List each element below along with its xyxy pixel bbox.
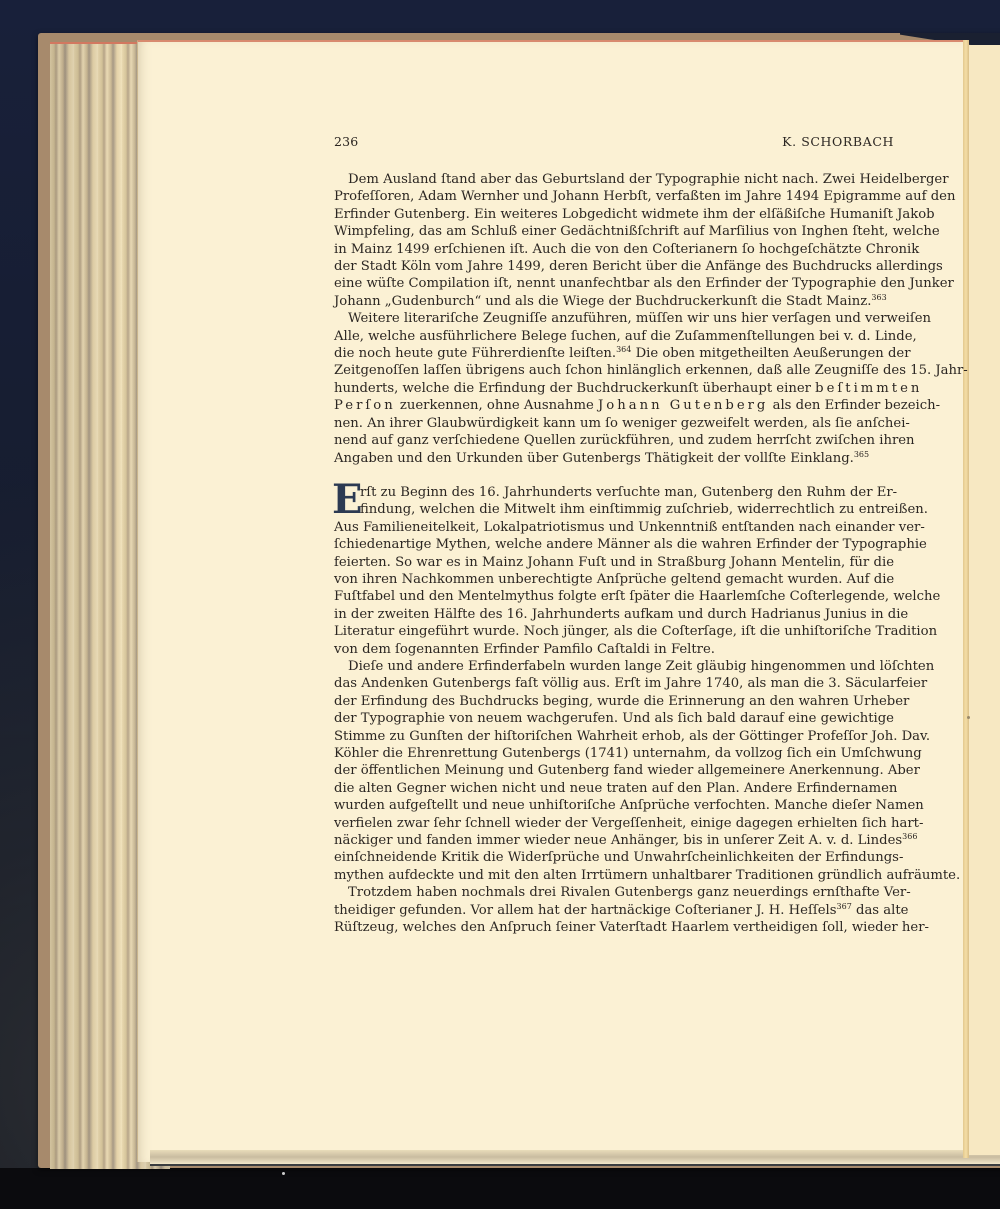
text-line: Stimme zu Gunſten der hiſtoriſchen Wahrh… xyxy=(334,728,894,745)
text-line: der Typographie von neuem wachgerufen. U… xyxy=(334,710,894,727)
text-fragment: zuerkennen, ohne Ausnahme xyxy=(400,398,594,413)
text-line: Johann „Gudenburch“ und als die Wiege de… xyxy=(334,293,894,310)
gutter-speck xyxy=(967,716,970,719)
text-line: näckiger und fanden immer wieder neue An… xyxy=(334,832,894,849)
emphasized-word: Perſon xyxy=(334,398,396,413)
text-line: Zeitgenoſſen laſſen übrigens auch ſchon … xyxy=(334,362,894,379)
text-line: Erſt zu Beginn des 16. Jahrhunderts verſ… xyxy=(334,484,894,501)
paragraph-1: Dem Ausland ſtand aber das Geburtsland d… xyxy=(334,171,894,310)
text-fragment: als den Erfinder bezeich- xyxy=(773,398,940,413)
running-head-author: K. SCHORBACH xyxy=(782,133,894,150)
text-line: Wimpfeling, das am Schluß einer Gedächtn… xyxy=(334,223,894,240)
text-line: der Erfindung des Buchdrucks beging, wur… xyxy=(334,693,894,710)
text-line: ſchiedenartige Mythen, welche andere Män… xyxy=(334,536,894,553)
text-fragment: das alte xyxy=(856,903,908,918)
text-line: die alten Gegner wichen nicht und neue t… xyxy=(334,780,894,797)
text-line: Rüſtzeug, welches den Anſpruch ſeiner Va… xyxy=(334,919,894,936)
text-line: der Stadt Köln vom Jahre 1499, deren Ber… xyxy=(334,258,894,275)
text-line: findung, welchen die Mitwelt ihm einſtim… xyxy=(334,501,894,518)
text-fragment: rſt zu Beginn des 16. Jahrhunderts verſu… xyxy=(360,485,897,500)
page-number: 236 xyxy=(334,133,358,150)
text-fragment: näckiger und fanden immer wieder neue An… xyxy=(334,833,902,848)
scan-bottom-shadow xyxy=(0,1168,1000,1209)
text-line: eine wüſte Compilation iſt, nennt unanfe… xyxy=(334,275,894,292)
text-line: von ihren Nachkommen unberechtigte Anſpr… xyxy=(334,571,894,588)
text-line: Köhler die Ehrenrettung Gutenbergs (1741… xyxy=(334,745,894,762)
footnote-ref-365: 365 xyxy=(854,450,869,459)
text-line: Profeſſoren, Adam Wernher und Johann Her… xyxy=(334,188,894,205)
footnote-ref-363: 363 xyxy=(871,293,886,302)
footnote-ref-366: 366 xyxy=(902,832,917,841)
section-break xyxy=(334,467,894,484)
text-line: einſchneidende Kritik die Widerſprüche u… xyxy=(334,849,894,866)
text-fragment: die noch heute gute Führerdienſte leiſte… xyxy=(334,346,616,361)
text-fragment: hunderts, welche die Erfindung der Buchd… xyxy=(334,381,811,396)
text-line: Dem Ausland ſtand aber das Geburtsland d… xyxy=(334,171,894,188)
text-line: Alle, welche ausführlichere Belege ſuche… xyxy=(334,328,894,345)
paragraph-3: Erſt zu Beginn des 16. Jahrhunderts verſ… xyxy=(334,484,894,658)
text-line: Dieſe und andere Erfinderfabeln wurden l… xyxy=(334,658,894,675)
emphasized-name: Johann Gutenberg xyxy=(598,398,768,413)
text-line: nen. An ihrer Glaubwürdigkeit kann um ſo… xyxy=(334,415,894,432)
page-bottom-edge xyxy=(150,1150,1000,1166)
text-line: Weitere literariſche Zeugniſſe anzuführe… xyxy=(334,310,894,327)
text-line: nend auf ganz verſchiedene Quellen zurüc… xyxy=(334,432,894,449)
text-line: in Mainz 1499 erſchienen iſt. Auch die v… xyxy=(334,241,894,258)
paragraph-5: Trotzdem haben nochmals drei Rivalen Gut… xyxy=(334,884,894,936)
text-line: Angaben und den Urkunden über Gutenbergs… xyxy=(334,450,894,467)
text-fragment: Johann „Gudenburch“ und als die Wiege de… xyxy=(334,294,871,309)
footnote-ref-364: 364 xyxy=(616,345,631,354)
text-line: Trotzdem haben nochmals drei Rivalen Gut… xyxy=(334,884,894,901)
text-line: theidiger gefunden. Vor allem hat der ha… xyxy=(334,902,894,919)
text-line: feierten. So war es in Mainz Johann Fuſt… xyxy=(334,554,894,571)
text-line: in der zweiten Hälfte des 16. Jahrhunder… xyxy=(334,606,894,623)
text-line: Aus Familieneitelkeit, Lokalpatriotismus… xyxy=(334,519,894,536)
text-line: Perſon zuerkennen, ohne Ausnahme Johann … xyxy=(334,397,894,414)
page-text: 236 K. SCHORBACH Dem Ausland ſtand aber … xyxy=(334,133,894,936)
text-line: hunderts, welche die Erfindung der Buchd… xyxy=(334,380,894,397)
text-line: von dem ſogenannten Erfinder Pamfilo Caſ… xyxy=(334,641,894,658)
text-line: der öffentlichen Meinung und Gutenberg f… xyxy=(334,762,894,779)
text-line: Fuſtfabel und den Mentelmythus folgte er… xyxy=(334,588,894,605)
text-fragment: Angaben und den Urkunden über Gutenbergs… xyxy=(334,451,854,466)
text-fragment: theidiger gefunden. Vor allem hat der ha… xyxy=(334,903,837,918)
paper-fleck xyxy=(282,1172,285,1175)
running-head: 236 K. SCHORBACH xyxy=(334,133,894,171)
text-fragment: Die oben mitgetheilten Aeußerungen der xyxy=(636,346,911,361)
text-line: mythen aufdeckte und mit den alten Irrtü… xyxy=(334,867,894,884)
paragraph-4: Dieſe und andere Erfinderfabeln wurden l… xyxy=(334,658,894,884)
emphasized-word: beſtimmten xyxy=(815,381,922,396)
text-line: wurden aufgeſtellt und neue unhiſtoriſch… xyxy=(334,797,894,814)
text-line: das Andenken Gutenbergs faſt völlig aus.… xyxy=(334,675,894,692)
text-line: die noch heute gute Führerdienſte leiſte… xyxy=(334,345,894,362)
text-line: Literatur eingeführt wurde. Noch jünger,… xyxy=(334,623,894,640)
text-line: verfielen zwar ſehr ſchnell wieder der V… xyxy=(334,815,894,832)
text-line: Erfinder Gutenberg. Ein weiteres Lobgedi… xyxy=(334,206,894,223)
paragraph-2: Weitere literariſche Zeugniſſe anzuführe… xyxy=(334,310,894,467)
footnote-ref-367: 367 xyxy=(837,902,852,911)
facing-page-sliver xyxy=(969,45,1000,1155)
